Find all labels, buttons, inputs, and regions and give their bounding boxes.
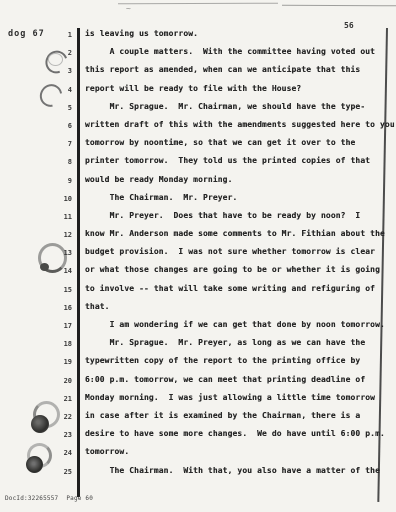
transcript-line: 13budget provision. I was not sure wheth… <box>0 246 396 264</box>
line-text: typewritten copy of the report to the pr… <box>85 356 360 365</box>
line-text: this report as amended, when can we anti… <box>85 65 360 74</box>
line-number: 20 <box>0 377 72 385</box>
line-number: 3 <box>0 67 72 75</box>
line-text: The Chairman. Mr. Preyer. <box>85 193 237 202</box>
line-number: 23 <box>0 431 72 439</box>
transcript-line: 23desire to have some more changes. We d… <box>0 428 396 446</box>
line-number: 12 <box>0 231 72 239</box>
line-text: written draft of this with the amendment… <box>85 120 395 129</box>
line-number: 25 <box>0 468 72 476</box>
transcript-line: 18 Mr. Sprague. Mr. Preyer, as long as w… <box>0 337 396 355</box>
line-text: desire to have some more changes. We do … <box>85 429 385 438</box>
line-text: know Mr. Anderson made some comments to … <box>85 229 385 238</box>
line-text: Mr. Sprague. Mr. Preyer, as long as we c… <box>85 338 365 347</box>
transcript-line: 14or what those changes are going to be … <box>0 264 396 282</box>
transcript-line: 11 Mr. Preyer. Does that have to be read… <box>0 210 396 228</box>
line-text: Mr. Sprague. Mr. Chairman, we should hav… <box>85 102 365 111</box>
line-number: 8 <box>0 158 72 166</box>
line-text: The Chairman. With that, you also have a… <box>85 466 380 475</box>
line-number: 21 <box>0 395 72 403</box>
line-text: in case after it is examined by the Chai… <box>85 411 360 420</box>
line-number: 15 <box>0 286 72 294</box>
transcript-line: 3this report as amended, when can we ant… <box>0 64 396 82</box>
line-text: is leaving us tomorrow. <box>85 29 198 38</box>
line-text: 6:00 p.m. tomorrow, we can meet that pri… <box>85 375 365 384</box>
line-text: or what those changes are going to be or… <box>85 265 380 274</box>
transcript-line: 1is leaving us tomorrow. <box>0 28 396 46</box>
line-number: 5 <box>0 104 72 112</box>
transcript-line: 25 The Chairman. With that, you also hav… <box>0 465 396 483</box>
line-number: 16 <box>0 304 72 312</box>
line-number: 1 <box>0 31 72 39</box>
transcript-line: 15to involve -- that will take some writ… <box>0 283 396 301</box>
transcript-line: 12know Mr. Anderson made some comments t… <box>0 228 396 246</box>
footer-page-label: Page 60 <box>66 495 93 502</box>
transcript-line: 16that. <box>0 301 396 319</box>
line-number: 4 <box>0 86 72 94</box>
transcript-line: 8printer tomorrow. They told us the prin… <box>0 155 396 173</box>
line-number: 19 <box>0 358 72 366</box>
line-number: 14 <box>0 267 72 275</box>
line-number: 17 <box>0 322 72 330</box>
line-number: 13 <box>0 249 72 257</box>
line-text: that. <box>85 302 110 311</box>
line-text: tomorrow by noontime, so that we can get… <box>85 138 355 147</box>
line-number: 6 <box>0 122 72 130</box>
transcript-body: 1is leaving us tomorrow. 2 A couple matt… <box>0 28 396 483</box>
line-number: 10 <box>0 195 72 203</box>
transcript-line: 206:00 p.m. tomorrow, we can meet that p… <box>0 374 396 392</box>
line-number: 24 <box>0 449 72 457</box>
document-footer: DocId:32265557Page 60 <box>5 495 101 502</box>
line-text: tomorrow. <box>85 447 129 456</box>
line-text: would be ready Monday morning. <box>85 175 233 184</box>
line-text: report will be ready to file with the Ho… <box>85 84 301 93</box>
line-number: 22 <box>0 413 72 421</box>
scan-artifact-line <box>282 5 396 7</box>
line-text: budget provision. I was not sure whether… <box>85 247 375 256</box>
line-number: 11 <box>0 213 72 221</box>
line-number: 18 <box>0 340 72 348</box>
line-text: Monday morning. I was just allowing a li… <box>85 393 375 402</box>
line-text: printer tomorrow. They told us the print… <box>85 156 370 165</box>
line-number: 7 <box>0 140 72 148</box>
transcript-line: 24tomorrow. <box>0 446 396 464</box>
transcript-line: 9would be ready Monday morning. <box>0 174 396 192</box>
line-text: to involve -- that will take some writin… <box>85 284 375 293</box>
doc-id: DocId:32265557 <box>5 495 58 502</box>
transcript-line: 22in case after it is examined by the Ch… <box>0 410 396 428</box>
transcript-line: 19typewritten copy of the report to the … <box>0 355 396 373</box>
transcript-line: 5 Mr. Sprague. Mr. Chairman, we should h… <box>0 101 396 119</box>
transcript-line: 7tomorrow by noontime, so that we can ge… <box>0 137 396 155</box>
line-text: Mr. Preyer. Does that have to be ready b… <box>85 211 360 220</box>
transcript-line: 2 A couple matters. With the committee h… <box>0 46 396 64</box>
scan-artifact-line <box>118 3 278 5</box>
transcript-line: 6written draft of this with the amendmen… <box>0 119 396 137</box>
transcript-line: 21Monday morning. I was just allowing a … <box>0 392 396 410</box>
line-text: A couple matters. With the committee hav… <box>85 47 375 56</box>
transcript-line: 4report will be ready to file with the H… <box>0 83 396 101</box>
line-number: 2 <box>0 49 72 57</box>
transcript-line: 17 I am wondering if we can get that don… <box>0 319 396 337</box>
transcript-line: 10 The Chairman. Mr. Preyer. <box>0 192 396 210</box>
scan-artifact-mark: ~ <box>126 4 131 13</box>
line-number: 9 <box>0 177 72 185</box>
line-text: I am wondering if we can get that done b… <box>85 320 385 329</box>
